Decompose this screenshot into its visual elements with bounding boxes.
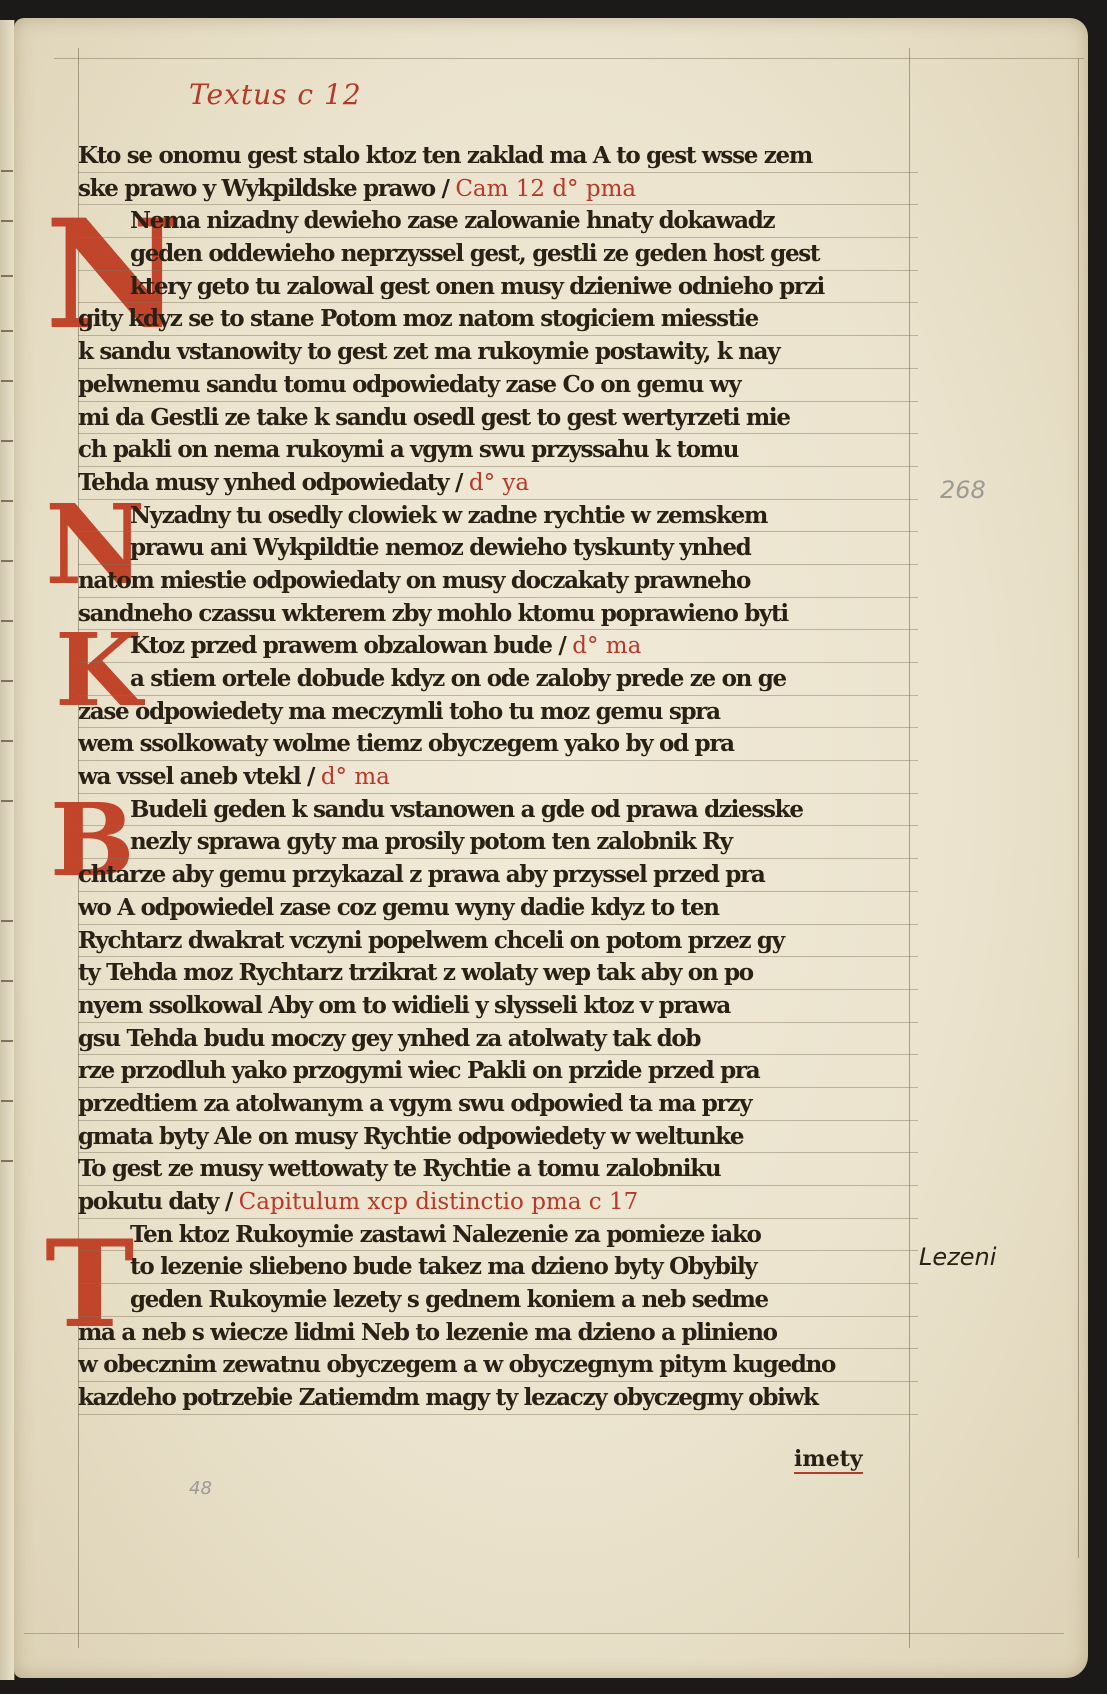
- text-line: ty Tehda moz Rychtarz trzikrat z wolaty …: [78, 957, 918, 990]
- top-rule: [54, 58, 1084, 59]
- text-line: Nema nizadny dewieho zase zalowanie hnat…: [78, 205, 918, 238]
- line-text: ch pakli on nema rukoymi a vgym swu przy…: [78, 436, 738, 463]
- line-text: Nyzadny tu osedly clowiek w zadne rychti…: [130, 502, 767, 529]
- text-line: mi da Gestli ze take k sandu osedl gest …: [78, 402, 918, 435]
- text-line: chtarze aby gemu przykazal z prawa aby p…: [78, 859, 918, 892]
- text-line: Ten ktoz Rukoymie zastawi Nalezenie za p…: [78, 1219, 918, 1252]
- bottom-rule: [24, 1633, 1064, 1634]
- line-text: zase odpowiedety ma meczymli toho tu moz…: [78, 698, 720, 725]
- text-line: gsu Tehda budu moczy gey ynhed za atolwa…: [78, 1023, 918, 1056]
- running-header: Textus c 12: [189, 78, 362, 111]
- rubric-text: d° ya: [469, 470, 529, 496]
- line-text: gsu Tehda budu moczy gey ynhed za atolwa…: [78, 1025, 700, 1052]
- text-line: pokutu daty / Capitulum xcp distinctio p…: [78, 1186, 918, 1219]
- line-text: k sandu vstanowity to gest zet ma rukoym…: [78, 338, 779, 365]
- rubric-text: Capitulum xcp distinctio pma c 17: [239, 1189, 639, 1215]
- text-line: kazdeho potrzebie Zatiemdm magy ty lezac…: [78, 1382, 918, 1415]
- text-block: Kto se onomu gest stalo ktoz ten zaklad …: [78, 140, 918, 1415]
- folio-number: 268: [940, 476, 986, 504]
- line-text: chtarze aby gemu przykazal z prawa aby p…: [78, 861, 765, 888]
- line-text: Nema nizadny dewieho zase zalowanie hnat…: [130, 207, 774, 234]
- text-line: Kto se onomu gest stalo ktoz ten zaklad …: [78, 140, 918, 173]
- line-text: ktery geto tu zalowal gest onen musy dzi…: [130, 273, 824, 300]
- line-text: pokutu daty /: [78, 1188, 232, 1215]
- line-text: Rychtarz dwakrat vczyni popelwem chceli …: [78, 927, 784, 954]
- line-text: nezly sprawa gyty ma prosily potom ten z…: [130, 828, 732, 855]
- text-line: pelwnemu sandu tomu odpowiedaty zase Co …: [78, 369, 918, 402]
- line-text: wem ssolkowaty wolme tiemz obyczegem yak…: [78, 730, 734, 757]
- line-text: a stiem ortele dobude kdyz on ode zaloby…: [130, 665, 786, 692]
- text-line: ske prawo y Wykpildske prawo / Cam 12 d°…: [78, 173, 918, 206]
- line-text: wa vssel aneb vtekl /: [78, 763, 314, 790]
- line-text: kazdeho potrzebie Zatiemdm magy ty lezac…: [78, 1384, 818, 1411]
- line-text: geden oddewieho neprzyssel gest, gestli …: [130, 240, 819, 267]
- text-line: wem ssolkowaty wolme tiemz obyczegem yak…: [78, 728, 918, 761]
- text-line: prawu ani Wykpildtie nemoz dewieho tysku…: [78, 532, 918, 565]
- text-line: to lezenie sliebeno bude takez ma dzieno…: [78, 1251, 918, 1284]
- text-line: Rychtarz dwakrat vczyni popelwem chceli …: [78, 925, 918, 958]
- text-line: Tehda musy ynhed odpowiedaty / d° ya: [78, 467, 918, 500]
- line-text: Tehda musy ynhed odpowiedaty /: [78, 469, 462, 496]
- text-line: w obecznim zewatnu obyczegem a w obyczeg…: [78, 1349, 918, 1382]
- line-text: Budeli geden k sandu vstanowen a gde od …: [130, 796, 803, 823]
- line-text: w obecznim zewatnu obyczegem a w obyczeg…: [78, 1351, 835, 1378]
- catchword: imety: [794, 1446, 863, 1474]
- line-text: mi da Gestli ze take k sandu osedl gest …: [78, 404, 790, 431]
- text-line: sandneho czassu wkterem zby mohlo ktomu …: [78, 598, 918, 631]
- text-line: a stiem ortele dobude kdyz on ode zaloby…: [78, 663, 918, 696]
- line-text: wo A odpowiedel zase coz gemu wyny dadie…: [78, 894, 719, 921]
- text-line: rze przodluh yako przogymi wiec Pakli on…: [78, 1055, 918, 1088]
- text-line: nyem ssolkowal Aby om to widieli y slyss…: [78, 990, 918, 1023]
- text-line: geden Rukoymie lezety s gednem koniem a …: [78, 1284, 918, 1317]
- text-line: zase odpowiedety ma meczymli toho tu moz…: [78, 696, 918, 729]
- line-text: ske prawo y Wykpildske prawo /: [78, 175, 449, 202]
- rubric-text: Cam 12 d° pma: [455, 176, 636, 202]
- text-line: nezly sprawa gyty ma prosily potom ten z…: [78, 826, 918, 859]
- text-line: ma a neb s wiecze lidmi Neb to lezenie m…: [78, 1317, 918, 1350]
- line-text: ty Tehda moz Rychtarz trzikrat z wolaty …: [78, 959, 753, 986]
- text-line: Ktoz przed prawem obzalowan bude / d° ma: [78, 630, 918, 663]
- text-line: wa vssel aneb vtekl / d° ma: [78, 761, 918, 794]
- line-text: prawu ani Wykpildtie nemoz dewieho tysku…: [130, 534, 750, 561]
- line-text: Ktoz przed prawem obzalowan bude /: [130, 632, 566, 659]
- line-text: sandneho czassu wkterem zby mohlo ktomu …: [78, 600, 788, 627]
- text-line: Budeli geden k sandu vstanowen a gde od …: [78, 794, 918, 827]
- rubric-text: d° ma: [572, 633, 641, 659]
- rubric-text: d° ma: [321, 764, 390, 790]
- margin-note: Lezeni: [919, 1243, 996, 1271]
- text-line: gity kdyz se to stane Potom moz natom st…: [78, 303, 918, 336]
- text-line: przedtiem za atolwanym a vgym swu odpowi…: [78, 1088, 918, 1121]
- text-line: ktery geto tu zalowal gest onen musy dzi…: [78, 271, 918, 304]
- text-line: wo A odpowiedel zase coz gemu wyny dadie…: [78, 892, 918, 925]
- bottom-pencil-note: 48: [189, 1478, 212, 1499]
- outer-edge-rule: [1078, 58, 1079, 1558]
- line-text: przedtiem za atolwanym a vgym swu odpowi…: [78, 1090, 751, 1117]
- line-text: ma a neb s wiecze lidmi Neb to lezenie m…: [78, 1319, 777, 1346]
- line-text: to lezenie sliebeno bude takez ma dzieno…: [130, 1253, 756, 1280]
- text-line: geden oddewieho neprzyssel gest, gestli …: [78, 238, 918, 271]
- line-text: Ten ktoz Rukoymie zastawi Nalezenie za p…: [130, 1221, 761, 1248]
- text-line: natom miestie odpowiedaty on musy doczak…: [78, 565, 918, 598]
- line-text: Kto se onomu gest stalo ktoz ten zaklad …: [78, 142, 812, 169]
- text-line: To gest ze musy wettowaty te Rychtie a t…: [78, 1153, 918, 1186]
- line-text: pelwnemu sandu tomu odpowiedaty zase Co …: [78, 371, 740, 398]
- line-text: geden Rukoymie lezety s gednem koniem a …: [130, 1286, 768, 1313]
- line-text: natom miestie odpowiedaty on musy doczak…: [78, 567, 750, 594]
- facing-page-edge: [0, 20, 15, 1680]
- text-line: Nyzadny tu osedly clowiek w zadne rychti…: [78, 500, 918, 533]
- line-text: rze przodluh yako przogymi wiec Pakli on…: [78, 1057, 759, 1084]
- text-line: k sandu vstanowity to gest zet ma rukoym…: [78, 336, 918, 369]
- line-text: gity kdyz se to stane Potom moz natom st…: [78, 305, 758, 332]
- text-line: gmata byty Ale on musy Rychtie odpowiede…: [78, 1121, 918, 1154]
- line-text: gmata byty Ale on musy Rychtie odpowiede…: [78, 1123, 743, 1150]
- line-text: nyem ssolkowal Aby om to widieli y slyss…: [78, 992, 730, 1019]
- line-text: To gest ze musy wettowaty te Rychtie a t…: [78, 1155, 720, 1182]
- text-line: ch pakli on nema rukoymi a vgym swu przy…: [78, 434, 918, 467]
